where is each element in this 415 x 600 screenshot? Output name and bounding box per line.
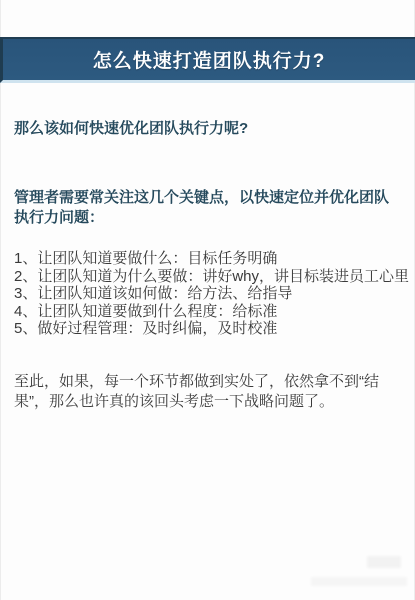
watermark-text-blur <box>311 577 407 586</box>
list-item: 5、做好过程管理：及时纠偏，及时校准 <box>14 320 415 338</box>
page-title: 怎么快速打造团队执行力? <box>93 46 326 73</box>
list-item: 3、让团队知道该如何做：给方法、给指导 <box>14 285 415 303</box>
intro-heading: 管理者需要常关注这几个关键点，以快速定位并优化团队执行力问题： <box>14 188 401 228</box>
title-banner: 怎么快速打造团队执行力? <box>0 37 415 83</box>
list-item: 4、让团队知道要做到什么程度：给标准 <box>14 303 415 321</box>
conclusion-paragraph: 至此，如果，每一个环节都做到实处了，依然拿不到“结果”，那么也许真的该回头考虑一… <box>14 372 395 412</box>
list-item: 2、让团队知道为什么要做：讲好why，讲目标装进员工心里 <box>14 268 415 286</box>
watermark-badge <box>367 556 401 568</box>
article-card: 怎么快速打造团队执行力? 那么该如何快速优化团队执行力呢? 管理者需要常关注这几… <box>0 0 415 600</box>
question-heading: 那么该如何快速优化团队执行力呢? <box>14 119 401 138</box>
watermark <box>307 556 407 592</box>
list-item: 1、让团队知道要做什么：目标任务明确 <box>14 250 415 268</box>
key-points-list: 1、让团队知道要做什么：目标任务明确 2、让团队知道为什么要做：讲好why，讲目… <box>14 250 415 338</box>
